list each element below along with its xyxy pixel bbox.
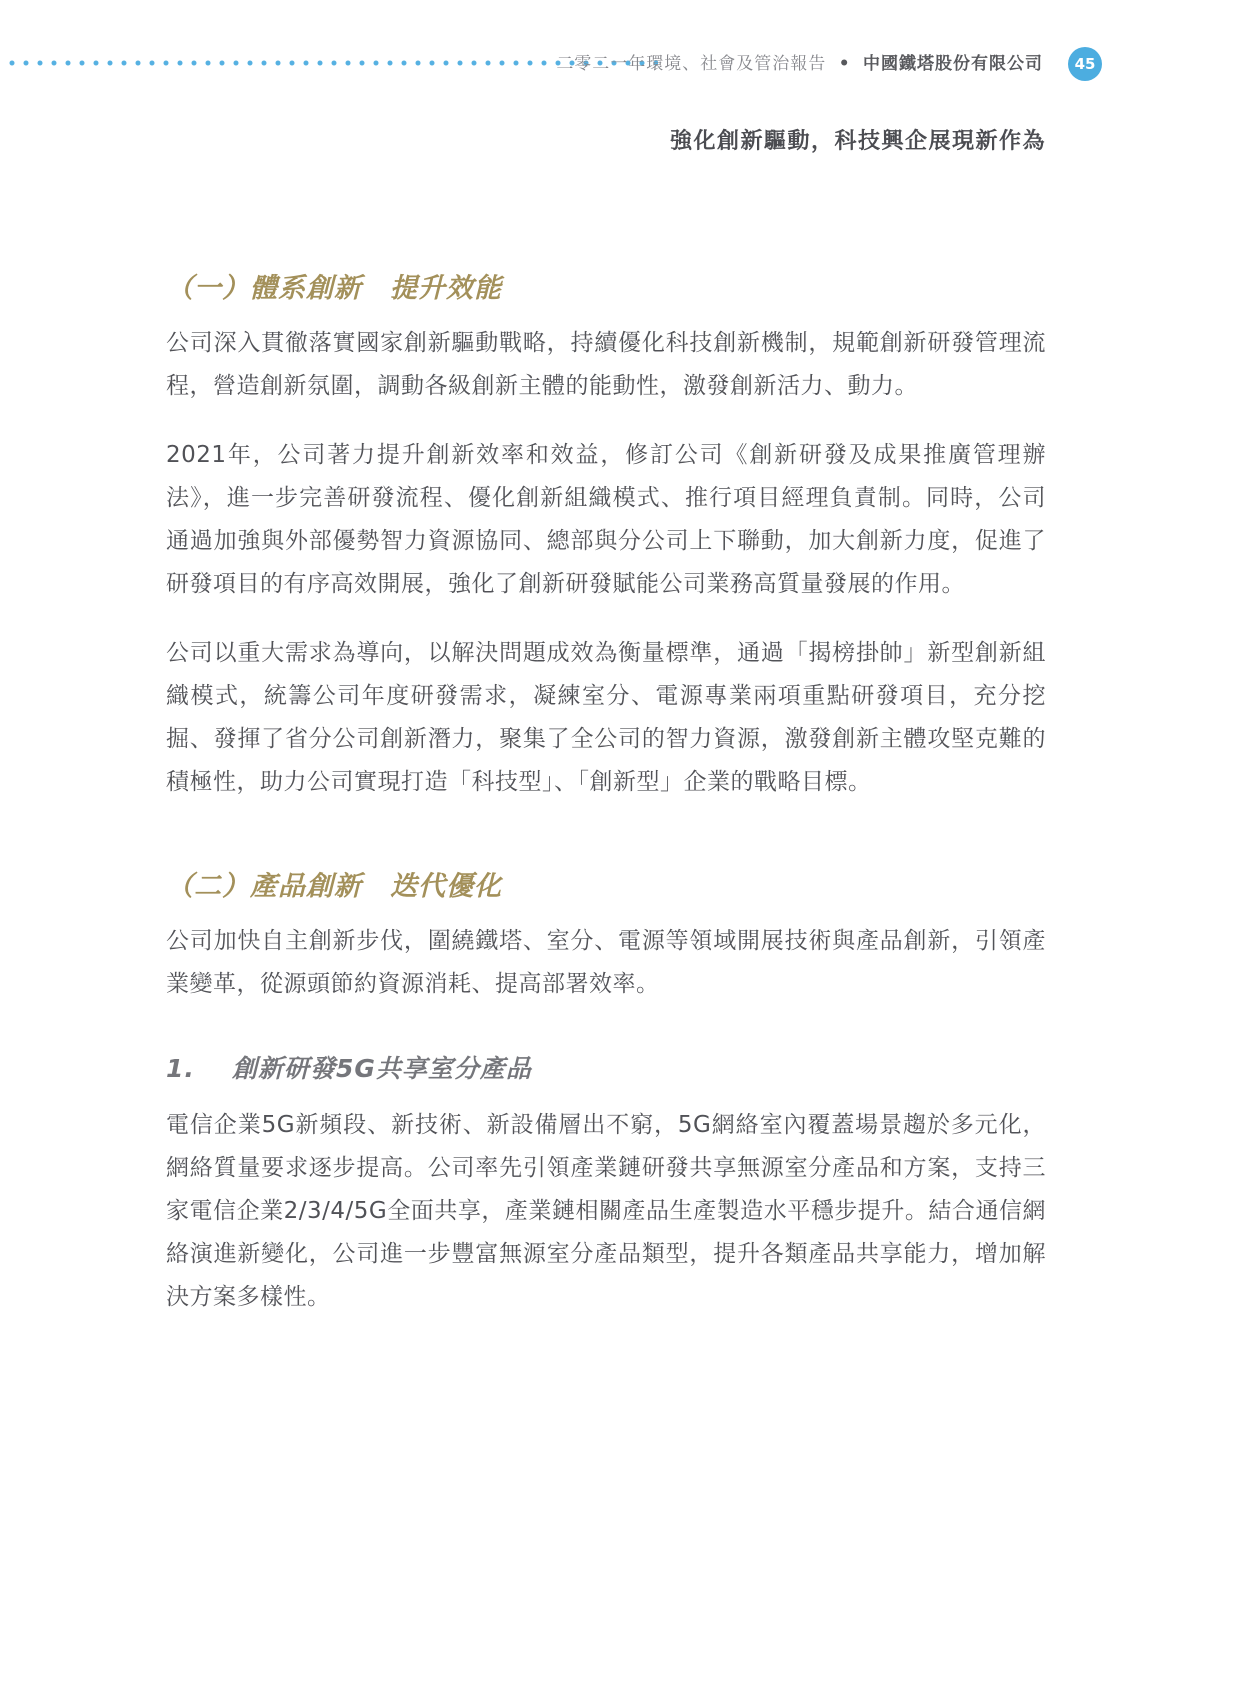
subsection-1-paragraph-1: 電信企業5G新頻段、新技術、新設備層出不窮，5G網絡室內覆蓋場景趨於多元化，網絡…: [166, 1104, 1046, 1319]
company-name: 中國鐵塔股份有限公司: [863, 54, 1043, 74]
report-page: 二零二一年環境、社會及管治報告 • 中國鐵塔股份有限公司 45 強化創新驅動，科…: [0, 0, 1240, 1682]
section-1-heading: （一）體系創新 提升效能: [166, 232, 1046, 306]
section-1-paragraph-1: 公司深入貫徹落實國家創新驅動戰略，持續優化科技創新機制，規範創新研發管理流程，營…: [166, 322, 1046, 408]
main-content: （一）體系創新 提升效能 公司深入貫徹落實國家創新驅動戰略，持續優化科技創新機制…: [166, 232, 1046, 1345]
subsection-1-title: 創新研發5G共享室分產品: [232, 1052, 532, 1086]
section-1-paragraph-3: 公司以重大需求為導向，以解決問題成效為衡量標準，通過「揭榜掛帥」新型創新組織模式…: [166, 632, 1046, 804]
section-2-paragraph-1: 公司加快自主創新步伐，圍繞鐵塔、室分、電源等領域開展技術與產品創新，引領產業變革…: [166, 920, 1046, 1006]
report-title: 二零二一年環境、社會及管治報告: [556, 54, 826, 74]
section-1-paragraph-2: 2021年，公司著力提升創新效率和效益，修訂公司《創新研發及成果推廣管理辦法》，…: [166, 434, 1046, 606]
subsection-1-heading: 1. 創新研發5G共享室分產品: [166, 1032, 1046, 1086]
section-2-heading: （二）產品創新 迭代優化: [166, 830, 1046, 904]
page-header: 二零二一年環境、社會及管治報告 • 中國鐵塔股份有限公司: [556, 52, 1043, 76]
page-number-badge: 45: [1068, 47, 1102, 81]
subsection-1-number: 1.: [166, 1052, 232, 1086]
header-separator-dot: •: [839, 54, 851, 74]
chapter-subtitle: 強化創新驅動，科技興企展現新作為: [670, 124, 1046, 155]
